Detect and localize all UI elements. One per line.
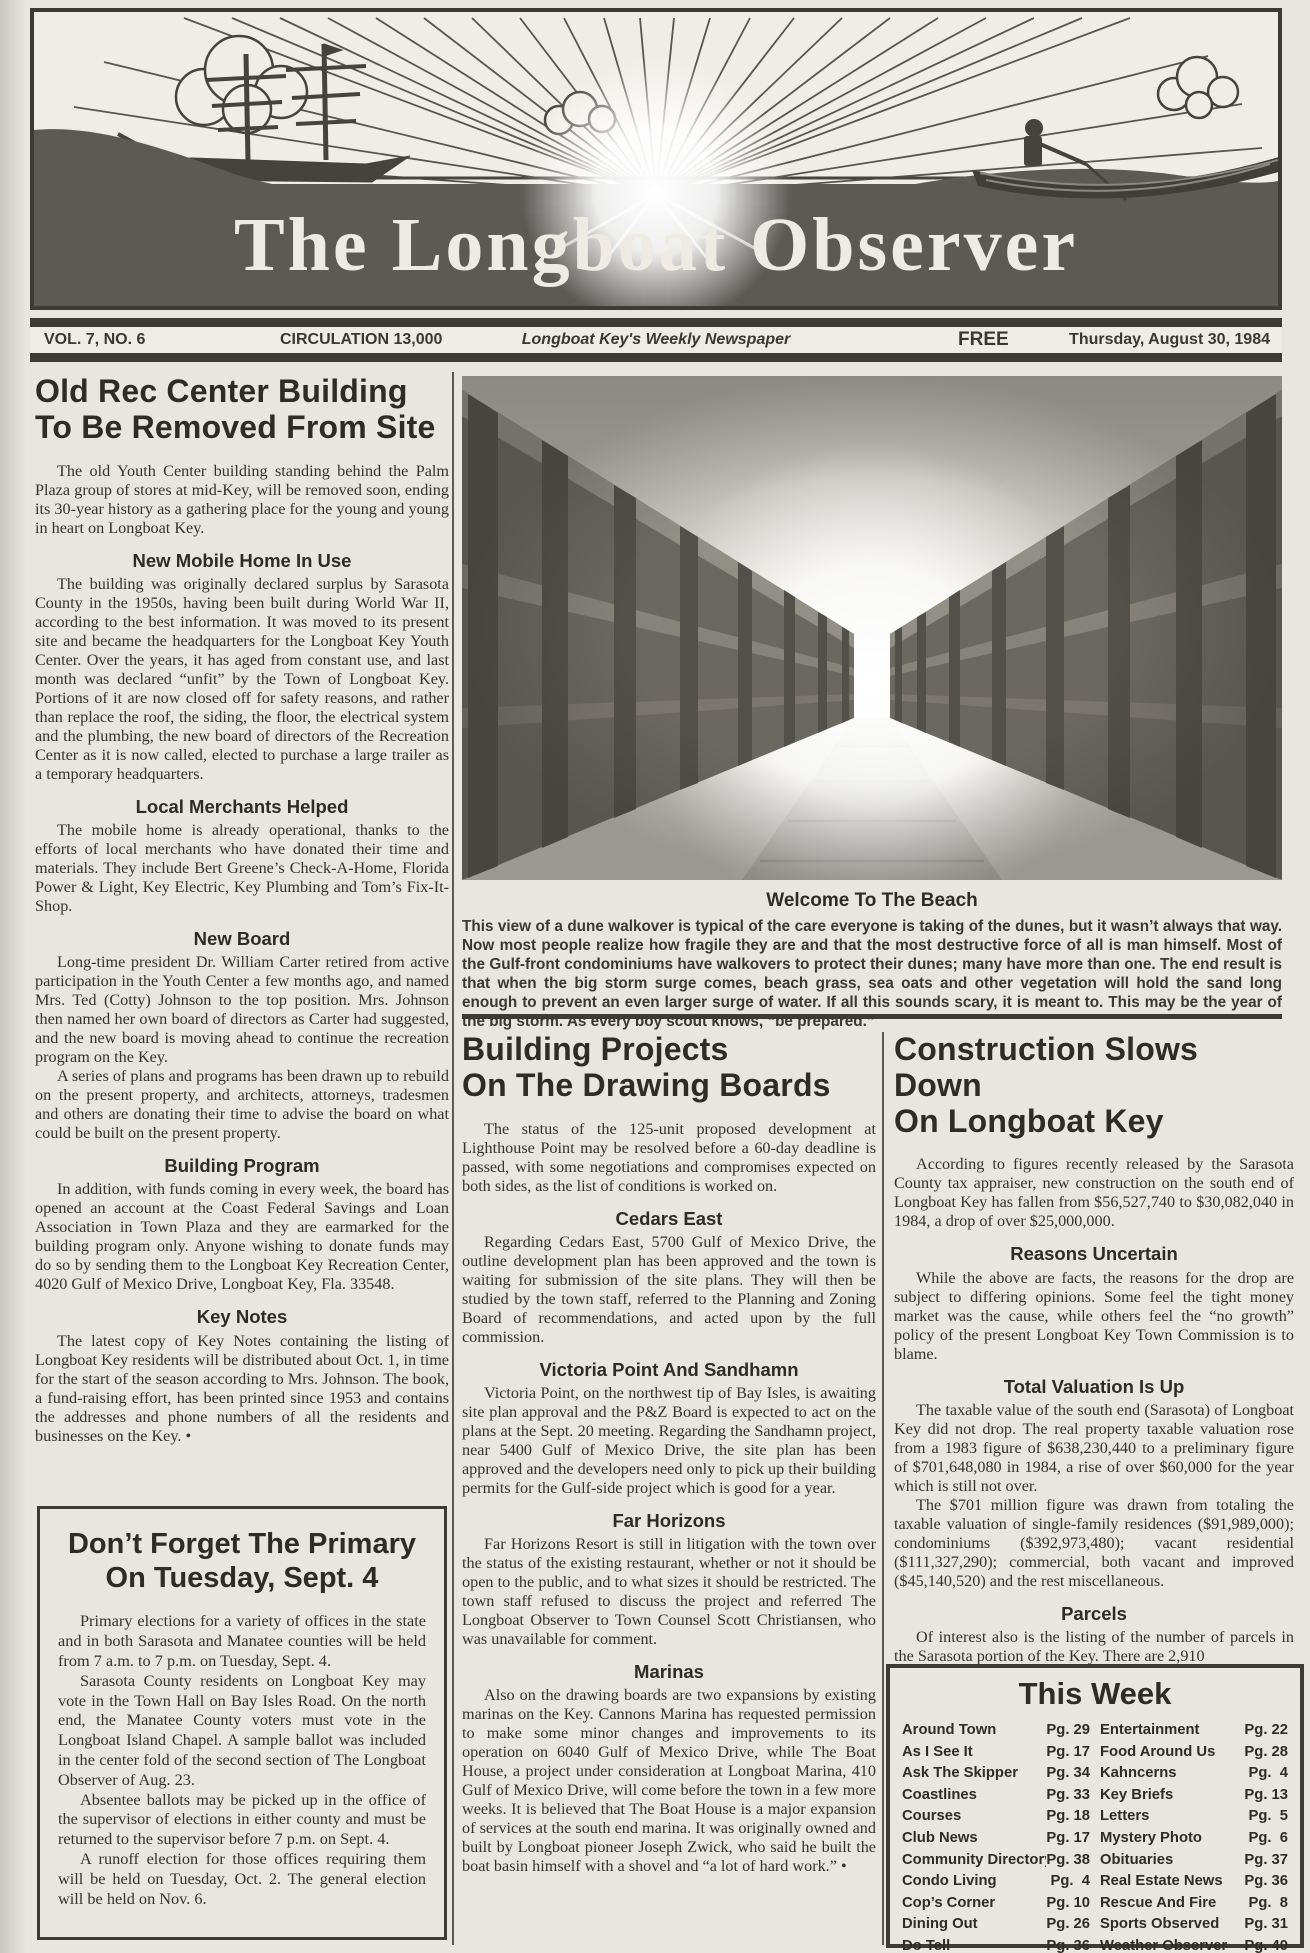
article-paragraph: According to figures recently released b… (894, 1155, 1294, 1231)
index-entry: Courses Pg. 18 (902, 1806, 1090, 1828)
article-paragraph: Long-time president Dr. William Carter r… (35, 953, 449, 1067)
index-entry-label: Real Estate News (1100, 1871, 1244, 1893)
index-entry: Real Estate News Pg. 36 (1100, 1871, 1288, 1893)
section-heading: Local Merchants Helped (35, 796, 449, 818)
index-entry: Condo Living Pg. 4 (902, 1871, 1090, 1893)
index-entry: Sports Observed Pg. 31 (1100, 1914, 1288, 1936)
article-paragraph: Also on the drawing boards are two expan… (462, 1686, 876, 1876)
index-entry-page: Pg. 36 (1046, 1936, 1090, 1953)
index-entry: Kahncerns Pg. 4 (1100, 1763, 1288, 1785)
index-entry-page: Pg. 31 (1244, 1914, 1288, 1936)
index-entry: Rescue And Fire Pg. 8 (1100, 1893, 1288, 1915)
index-entry-label: Food Around Us (1100, 1742, 1244, 1764)
photo-region: Welcome To The Beach This view of a dune… (462, 376, 1282, 1031)
photo-caption: This view of a dune walkover is typical … (462, 917, 1282, 1031)
index-entry-page: Pg. 36 (1244, 1871, 1288, 1893)
article-paragraph: Victoria Point, on the northwest tip of … (462, 1384, 876, 1498)
this-week-left-column: Around Town Pg. 29 As I See It Pg. 17 As… (902, 1720, 1090, 1953)
index-entry: Ask The Skipper Pg. 34 (902, 1763, 1090, 1785)
index-entry-page: Pg. 18 (1046, 1806, 1090, 1828)
article-paragraph: The $701 million figure was drawn from t… (894, 1496, 1294, 1591)
index-entry-label: Condo Living (902, 1871, 1051, 1893)
index-entry-page: Pg. 33 (1046, 1785, 1090, 1807)
index-entry-label: Club News (902, 1828, 1046, 1850)
section-heading: Cedars East (462, 1208, 876, 1230)
index-entry-label: Entertainment (1100, 1720, 1244, 1742)
this-week-index-box: This Week Around Town Pg. 29 As I See It… (886, 1664, 1304, 1948)
issue-date: Thursday, August 30, 1984 (1069, 331, 1270, 349)
index-entry: Dining Out Pg. 26 (902, 1914, 1090, 1936)
index-entry-label: Mystery Photo (1100, 1828, 1249, 1850)
primary-election-notice-box: Don’t Forget The Primary On Tuesday, Sep… (37, 1506, 447, 1940)
article-paragraph: A series of plans and programs has been … (35, 1067, 449, 1143)
section-heading: Parcels (894, 1603, 1294, 1625)
article-paragraph: Far Horizons Resort is still in litigati… (462, 1535, 876, 1649)
photo-caption-title: Welcome To The Beach (462, 890, 1282, 912)
dune-walkover-illustration (462, 376, 1282, 880)
notice-headline: Don’t Forget The Primary On Tuesday, Sep… (58, 1527, 426, 1595)
index-entry-page: Pg. 22 (1244, 1720, 1288, 1742)
index-entry-label: Sports Observed (1100, 1914, 1244, 1936)
column-divider-left (452, 372, 454, 1945)
this-week-title: This Week (902, 1676, 1288, 1712)
index-entry-label: Key Briefs (1100, 1785, 1244, 1807)
newspaper-front-page: The Longboat Observer VOL. 7, NO. 6 CIRC… (0, 0, 1310, 1953)
section-heading: New Board (35, 928, 449, 950)
index-entry-page: Pg. 17 (1046, 1742, 1090, 1764)
index-entry-page: Pg. 13 (1244, 1785, 1288, 1807)
index-entry-page: Pg. 37 (1244, 1850, 1288, 1872)
index-entry: Community Directory Pg. 38 (902, 1850, 1090, 1872)
index-entry-label: Letters (1100, 1806, 1249, 1828)
index-entry: Coastlines Pg. 33 (902, 1785, 1090, 1807)
index-entry-label: Rescue And Fire (1100, 1893, 1249, 1915)
index-entry-page: Pg. 34 (1046, 1763, 1090, 1785)
section-heading: Marinas (462, 1661, 876, 1683)
article-paragraph: The status of the 125-unit proposed deve… (462, 1120, 876, 1196)
index-entry-page: Pg. 28 (1244, 1742, 1288, 1764)
index-entry: Letters Pg. 5 (1100, 1806, 1288, 1828)
volume-number: VOL. 7, NO. 6 (44, 331, 145, 349)
tagline: Longboat Key's Weekly Newspaper (522, 331, 790, 349)
article-headline: Building Projects On The Drawing Boards (462, 1032, 876, 1104)
index-entry-label: Weather Observer (1100, 1936, 1244, 1953)
index-entry: Do Tell Pg. 36 (902, 1936, 1090, 1953)
index-entry-page: Pg. 17 (1046, 1828, 1090, 1850)
index-entry: Around Town Pg. 29 (902, 1720, 1090, 1742)
article-headline: Construction Slows Down On Longboat Key (894, 1032, 1294, 1139)
index-entry: Mystery Photo Pg. 6 (1100, 1828, 1288, 1850)
article-paragraph: The old Youth Center building standing b… (35, 462, 449, 538)
article-building-projects: Building Projects On The Drawing Boards … (462, 1032, 876, 1876)
index-entry-page: Pg. 6 (1249, 1828, 1288, 1850)
index-entry-label: Community Directory (902, 1850, 1046, 1872)
index-entry-page: Pg. 29 (1046, 1720, 1090, 1742)
index-entry: Weather Observer Pg. 40 (1100, 1936, 1288, 1953)
index-entry: Obituaries Pg. 37 (1100, 1850, 1288, 1872)
article-paragraph: The mobile home is already operational, … (35, 821, 449, 916)
article-paragraph: Regarding Cedars East, 5700 Gulf of Mexi… (462, 1233, 876, 1347)
index-entry: Cop’s Corner Pg. 10 (902, 1893, 1090, 1915)
index-entry-label: Coastlines (902, 1785, 1046, 1807)
index-entry-label: Kahncerns (1100, 1763, 1249, 1785)
notice-paragraph: Primary elections for a variety of offic… (58, 1611, 426, 1670)
index-entry-label: Ask The Skipper (902, 1763, 1046, 1785)
price-label: FREE (958, 329, 1009, 351)
index-entry-label: Do Tell (902, 1936, 1046, 1953)
masthead: The Longboat Observer (30, 8, 1282, 310)
index-entry: Club News Pg. 17 (902, 1828, 1090, 1850)
index-entry-page: Pg. 5 (1249, 1806, 1288, 1828)
article-paragraph: While the above are facts, the reasons f… (894, 1269, 1294, 1364)
article-paragraph: The taxable value of the south end (Sara… (894, 1401, 1294, 1496)
section-heading: Reasons Uncertain (894, 1243, 1294, 1265)
index-entry-page: Pg. 26 (1046, 1914, 1090, 1936)
article-paragraph: Of interest also is the listing of the n… (894, 1628, 1294, 1666)
index-entry-page: Pg. 40 (1244, 1936, 1288, 1953)
notice-paragraph: Absentee ballots may be picked up in the… (58, 1790, 426, 1849)
index-entry-label: Around Town (902, 1720, 1046, 1742)
index-entry-label: Obituaries (1100, 1850, 1244, 1872)
index-entry-page: Pg. 8 (1249, 1893, 1288, 1915)
index-entry-page: Pg. 10 (1046, 1893, 1090, 1915)
index-entry: Food Around Us Pg. 28 (1100, 1742, 1288, 1764)
index-entry-label: Cop’s Corner (902, 1893, 1046, 1915)
section-heading: Victoria Point And Sandhamn (462, 1359, 876, 1381)
article-paragraph: In addition, with funds coming in every … (35, 1180, 449, 1294)
section-heading: New Mobile Home In Use (35, 550, 449, 572)
column-divider-right (882, 1032, 884, 1945)
section-heading: Far Horizons (462, 1510, 876, 1532)
index-entry-page: Pg. 4 (1249, 1763, 1288, 1785)
article-construction: Construction Slows Down On Longboat Key … (894, 1032, 1294, 1689)
section-heading: Key Notes (35, 1306, 449, 1328)
issue-info-bar: VOL. 7, NO. 6 CIRCULATION 13,000 Longboa… (30, 318, 1282, 362)
index-entry-page: Pg. 4 (1051, 1871, 1090, 1893)
section-heading: Building Program (35, 1155, 449, 1177)
article-rec-center: Old Rec Center Building To Be Removed Fr… (35, 374, 449, 1446)
article-headline: Old Rec Center Building To Be Removed Fr… (35, 374, 449, 446)
dune-walkover-photo (462, 376, 1282, 880)
article-paragraph: The building was originally declared sur… (35, 575, 449, 784)
index-entry-label: As I See It (902, 1742, 1046, 1764)
index-entry-label: Dining Out (902, 1914, 1046, 1936)
index-entry: As I See It Pg. 17 (902, 1742, 1090, 1764)
circulation: CIRCULATION 13,000 (280, 331, 442, 349)
newspaper-title: The Longboat Observer (34, 184, 1278, 306)
notice-paragraph: A runoff election for those offices requ… (58, 1849, 426, 1908)
index-entry-label: Courses (902, 1806, 1046, 1828)
article-paragraph: The latest copy of Key Notes containing … (35, 1332, 449, 1446)
index-entry: Entertainment Pg. 22 (1100, 1720, 1288, 1742)
section-heading: Total Valuation Is Up (894, 1376, 1294, 1398)
index-entry-page: Pg. 38 (1046, 1850, 1090, 1872)
this-week-right-column: Entertainment Pg. 22 Food Around Us Pg. … (1100, 1720, 1288, 1953)
index-entry: Key Briefs Pg. 13 (1100, 1785, 1288, 1807)
notice-paragraph: Sarasota County residents on Longboat Ke… (58, 1671, 426, 1790)
